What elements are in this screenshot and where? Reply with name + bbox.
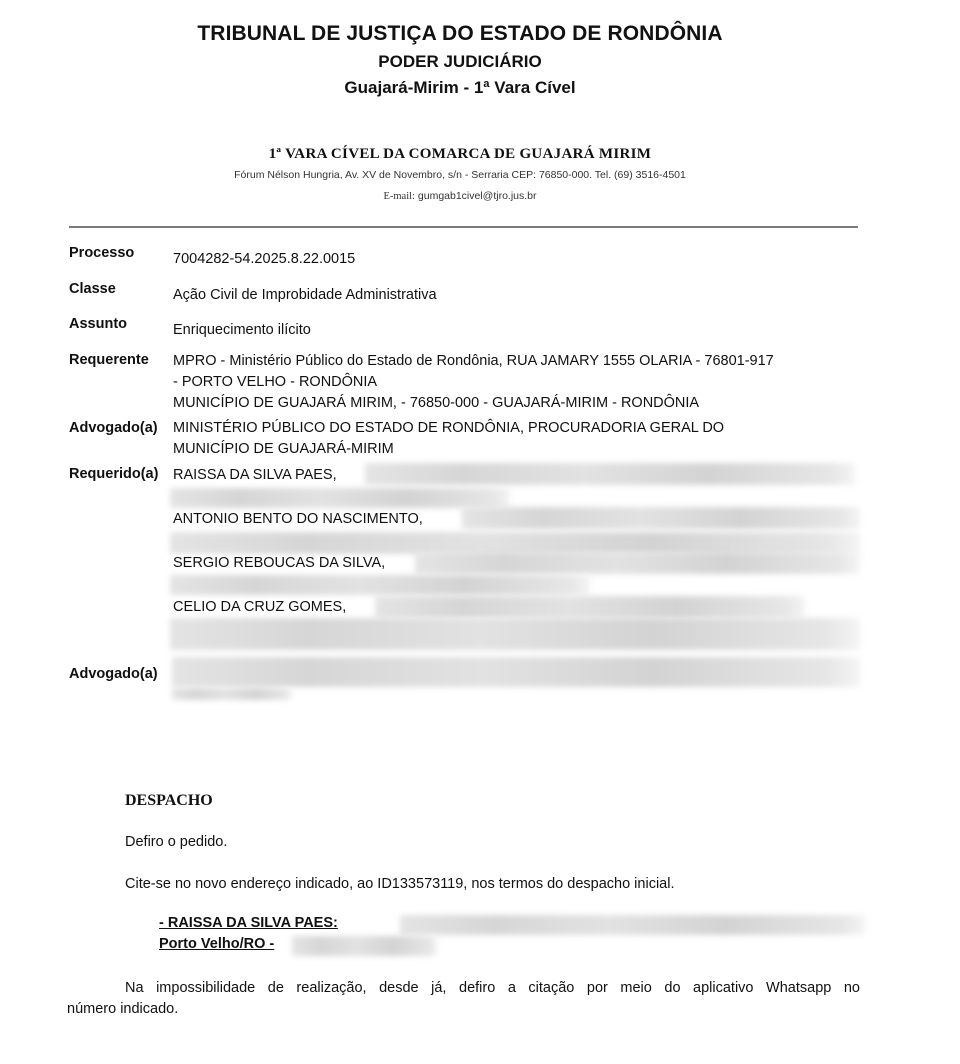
email-label: E-mail:	[383, 191, 415, 202]
branch-title: PODER JUDICIÁRIO	[0, 52, 920, 72]
court-title: TRIBUNAL DE JUSTIÇA DO ESTADO DE RONDÔNI…	[0, 22, 920, 46]
redacted-block	[170, 532, 860, 554]
requerente-line: MPRO - Ministério Público do Estado de R…	[173, 351, 774, 372]
requerido-label: Requerido(a)	[69, 466, 158, 482]
redacted-block	[170, 575, 590, 595]
despacho-paragraph: Cite-se no novo endereço indicado, ao ID…	[125, 876, 674, 892]
court-email-line: E-mail: gumgab1civel@tjro.jus.br	[0, 190, 920, 202]
header-divider	[69, 226, 858, 228]
email-address[interactable]: gumgab1civel@tjro.jus.br	[418, 190, 537, 202]
despacho-paragraph: Defiro o pedido.	[125, 834, 227, 850]
processo-label: Processo	[69, 245, 134, 261]
requerente-line: MUNICÍPIO DE GUAJARÁ MIRIM, - 76850-000 …	[173, 393, 699, 414]
redacted-block	[170, 618, 860, 650]
redacted-block	[400, 915, 865, 935]
assunto-value: Enriquecimento ilícito	[173, 320, 311, 341]
redacted-block	[375, 596, 805, 618]
requerente-line: - PORTO VELHO - RONDÔNIA	[173, 372, 377, 393]
redacted-block	[292, 936, 437, 956]
redacted-block	[172, 657, 860, 687]
classe-value: Ação Civil de Improbidade Administrativa	[173, 285, 437, 306]
redacted-block	[415, 552, 860, 574]
assunto-label: Assunto	[69, 316, 127, 332]
requerente-label: Requerente	[69, 352, 149, 368]
requerido-name: CELIO DA CRUZ GOMES,	[173, 597, 346, 618]
redacted-block	[172, 688, 292, 700]
citation-address-line: Porto Velho/RO -	[159, 936, 274, 952]
redacted-block	[170, 488, 510, 508]
redacted-block	[462, 507, 860, 529]
advogado-line: MINISTÉRIO PÚBLICO DO ESTADO DE RONDÔNIA…	[173, 418, 724, 439]
classe-label: Classe	[69, 281, 116, 297]
requerido-name: RAISSA DA SILVA PAES,	[173, 465, 337, 486]
requerido-name: SERGIO REBOUCAS DA SILVA,	[173, 553, 385, 574]
vara-title: 1ª VARA CÍVEL DA COMARCA DE GUAJARÁ MIRI…	[0, 146, 920, 163]
advogado-label: Advogado(a)	[69, 420, 158, 436]
redacted-block	[365, 463, 855, 485]
advogado2-label: Advogado(a)	[69, 666, 158, 682]
requerido-name: ANTONIO BENTO DO NASCIMENTO,	[173, 509, 423, 530]
court-address: Fórum Nélson Hungria, Av. XV de Novembro…	[0, 169, 920, 181]
citation-address-line: - RAISSA DA SILVA PAES:	[159, 915, 338, 931]
despacho-paragraph: Na impossibilidade de realização, desde …	[125, 980, 860, 996]
despacho-paragraph: número indicado.	[67, 1001, 178, 1017]
processo-value: 7004282-54.2025.8.22.0015	[173, 249, 355, 270]
advogado-line: MUNICÍPIO DE GUAJARÁ-MIRIM	[173, 439, 394, 460]
location-title: Guajará-Mirim - 1ª Vara Cível	[0, 78, 920, 98]
despacho-title: DESPACHO	[125, 792, 213, 810]
